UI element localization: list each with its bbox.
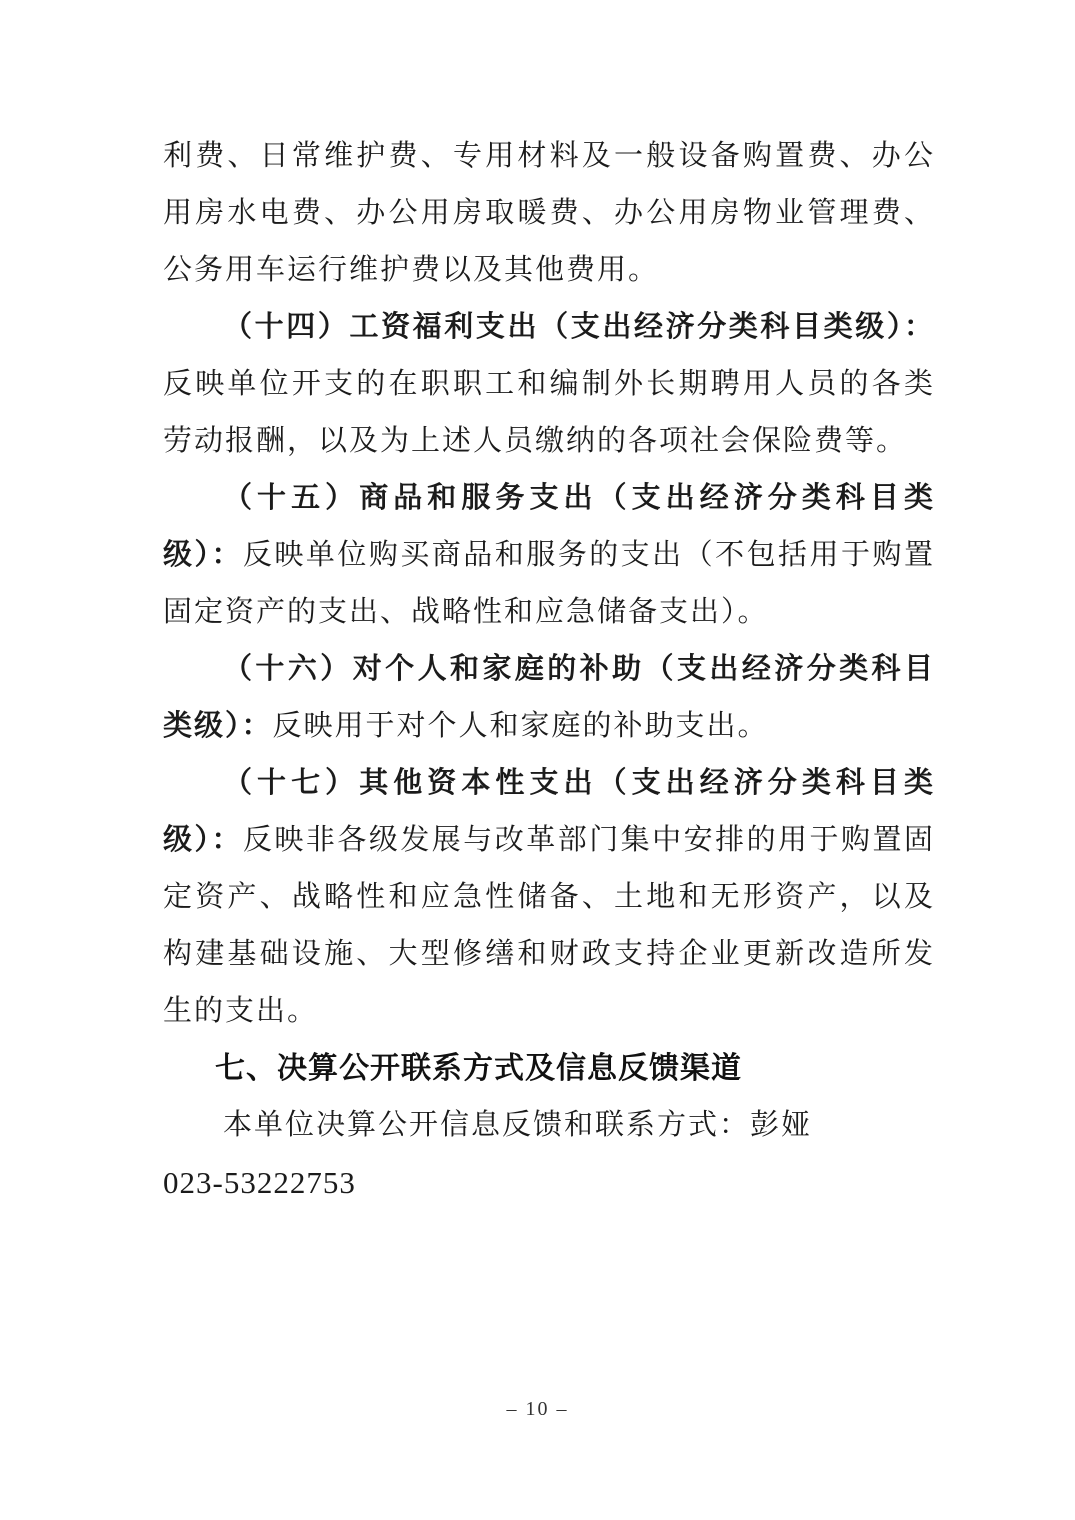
document-page: 利费、日常维护费、专用材料及一般设备购置费、办公用房水电费、办公用房取暖费、办公… (0, 0, 1075, 1520)
item-15-text: 反映单位购买商品和服务的支出（不包括用于购置固定资产的支出、战略性和应急储备支出… (163, 539, 935, 628)
page-number: – 10 – (507, 1398, 569, 1420)
item-16-text: 反映用于对个人和家庭的补助支出。 (273, 710, 769, 742)
section-heading-seven: 七、决算公开联系方式及信息反馈渠道 (163, 1040, 935, 1097)
item-14-text: 反映单位开支的在职职工和编制外长期聘用人员的各类劳动报酬，以及为上述人员缴纳的各… (163, 368, 935, 457)
paragraph-item-17: （十七）其他资本性支出（支出经济分类科目类级）：反映非各级发展与改革部门集中安排… (163, 755, 935, 1040)
phone-number: 023-53222753 (163, 1154, 935, 1211)
paragraph-item-15: （十五）商品和服务支出（支出经济分类科目类级）：反映单位购买商品和服务的支出（不… (163, 470, 935, 641)
paragraph-operating-expenses-continuation: 利费、日常维护费、专用材料及一般设备购置费、办公用房水电费、办公用房取暖费、办公… (163, 128, 935, 299)
item-17-text: 反映非各级发展与改革部门集中安排的用于购置固定资产、战略性和应急性储备、土地和无… (163, 824, 935, 1027)
paragraph-item-16: （十六）对个人和家庭的补助（支出经济分类科目类级）：反映用于对个人和家庭的补助支… (163, 641, 935, 755)
page-footer: – 10 – (0, 1398, 1075, 1421)
item-14-lead: （十四）工资福利支出（支出经济分类科目类级）： (223, 311, 935, 343)
paragraph-item-14: （十四）工资福利支出（支出经济分类科目类级）：反映单位开支的在职职工和编制外长期… (163, 299, 935, 470)
contact-line: 本单位决算公开信息反馈和联系方式：彭娅 (163, 1097, 935, 1154)
text-block: 利费、日常维护费、专用材料及一般设备购置费、办公用房水电费、办公用房取暖费、办公… (163, 128, 935, 1211)
